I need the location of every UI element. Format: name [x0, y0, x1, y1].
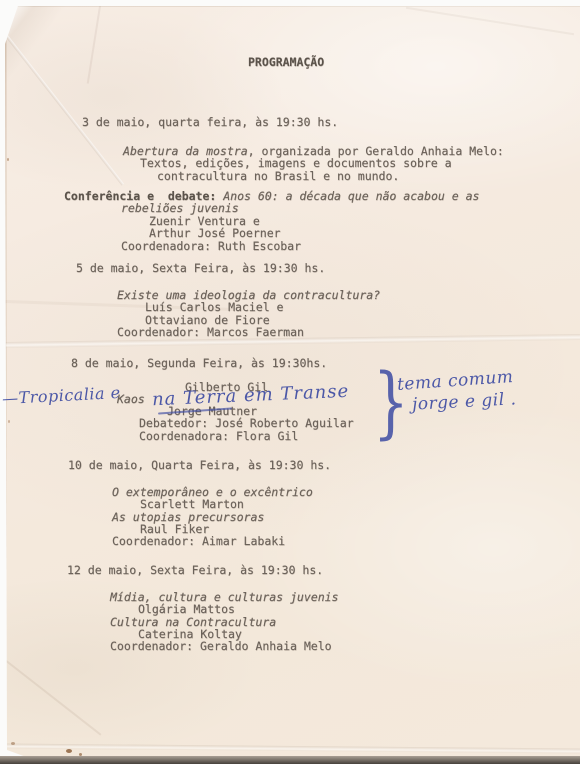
speaker: Olgária Mattos — [138, 604, 235, 616]
crease-diagonal-top-right — [406, 7, 574, 36]
session-date: 12 de maio, Sexta Feira, às 19:30 hs. — [67, 565, 323, 577]
stain-spot — [11, 742, 15, 745]
debater: Debatedor: José Roberto Aguilar — [139, 418, 354, 430]
conference-title: Anos 60: a década que não acabou e as — [216, 189, 479, 203]
scan-bottom-edge — [0, 756, 580, 764]
coordinator: Coordenador: Geraldo Anhaia Melo — [110, 641, 332, 653]
event-description-line: Textos, edições, imagens e documentos so… — [140, 158, 452, 170]
event-description-line: contracultura no Brasil e no mundo. — [157, 171, 399, 183]
scanned-program-page: PROGRAMAÇÃO 3 de maio, quarta feira, às … — [0, 0, 580, 764]
crease-vertical-top-left — [87, 4, 101, 83]
session-date: 10 de maio, Quarta Feira, às 19:30 hs. — [68, 460, 331, 472]
coordinator: Coordenador: Marcos Faerman — [117, 327, 304, 339]
crease-diagonal-bottom-left — [0, 654, 101, 736]
folded-corner-shade — [5, 6, 85, 136]
crease-fold-bottom — [5, 743, 580, 753]
crease-diagonal-top-left — [5, 34, 124, 186]
conference-title-continued: rebeliões juvenis — [121, 203, 239, 215]
edge-speck — [8, 420, 10, 423]
speaker: Scarlett Marton — [140, 499, 244, 511]
session-date: 5 de maio, Sexta Feira, às 19:30 hs. — [76, 263, 325, 275]
coordinator: Coordenadora: Ruth Escobar — [121, 241, 301, 253]
stain-spot — [66, 749, 72, 753]
page-title: PROGRAMAÇÃO — [248, 57, 324, 69]
coordinator: Coordenador: Aimar Labaki — [112, 536, 285, 548]
edge-speck — [7, 158, 9, 161]
session-date: 8 de maio, Segunda Feira, às 19:30hs. — [71, 358, 327, 370]
session-date: 3 de maio, quarta feira, às 19:30 hs. — [82, 117, 338, 129]
coordinator: Coordenadora: Flora Gil — [139, 431, 298, 443]
speaker: Luís Carlos Maciel e — [145, 302, 283, 314]
work-title: Kaos — [117, 394, 145, 406]
speaker: Arthur José Poerner — [149, 228, 281, 240]
